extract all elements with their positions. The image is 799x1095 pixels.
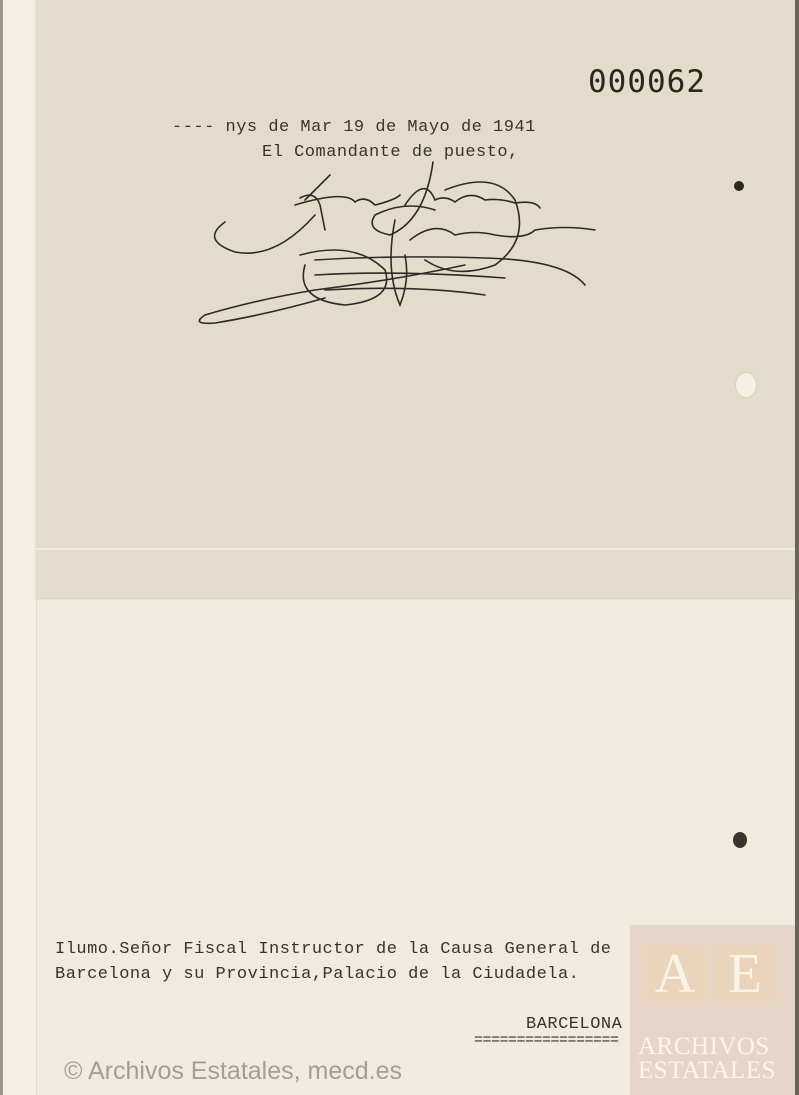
copyright-watermark: © Archivos Estatales, mecd.es xyxy=(64,1057,402,1086)
fold-crease xyxy=(36,548,795,550)
logo-letter-e: E xyxy=(712,945,778,1003)
left-edge xyxy=(0,0,3,1095)
date-line: ---- nys de Mar 19 de Mayo de 1941 xyxy=(172,118,536,137)
logo-text-estatales: ESTATALES xyxy=(638,1059,798,1083)
logo-text-archivos: ARCHIVOS xyxy=(638,1035,798,1059)
addressee-line-1: Ilumo.Señor Fiscal Instructor de la Caus… xyxy=(55,940,612,959)
addressee-line-2: Barcelona y su Provincia,Palacio de la C… xyxy=(55,965,579,984)
punch-hole-icon xyxy=(734,181,744,191)
city-underline: ================= xyxy=(474,1032,619,1049)
punch-hole-icon xyxy=(733,832,747,848)
right-edge xyxy=(795,0,799,1095)
handwritten-signature xyxy=(195,160,625,330)
folio-number: 000062 xyxy=(588,64,706,100)
punch-hole-icon xyxy=(735,372,757,398)
left-paper-strip xyxy=(0,0,37,1095)
logo-letter-a: A xyxy=(642,945,708,1003)
archivos-estatales-logo: A E ARCHIVOS ESTATALES xyxy=(630,925,795,1095)
